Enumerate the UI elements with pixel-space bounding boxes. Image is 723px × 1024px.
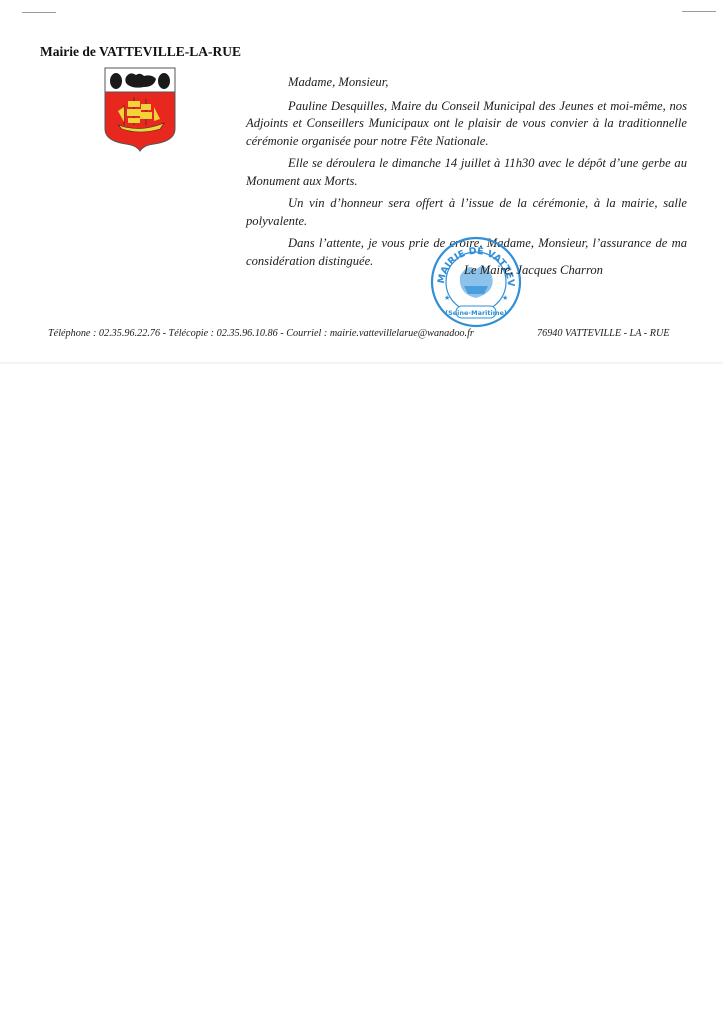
letter-paragraph: Pauline Desquilles, Maire du Conseil Mun… (246, 98, 687, 151)
page-edge-mark-left (22, 12, 56, 13)
stamp-inner-text: (Seine-Maritime) (445, 309, 507, 317)
coat-of-arms-icon (104, 67, 176, 152)
svg-text:★: ★ (502, 294, 508, 302)
page-fold-line (0, 362, 723, 364)
letter-greeting: Madame, Monsieur, (246, 74, 687, 92)
letter-paragraph: Un vin d’honneur sera offert à l’issue d… (246, 195, 687, 230)
page-edge-mark-right (682, 11, 716, 12)
letterhead-title: Mairie de VATTEVILLE-LA-RUE (40, 44, 241, 60)
letter-paragraph: Elle se déroulera le dimanche 14 juillet… (246, 155, 687, 190)
footer-address: 76940 VATTEVILLE - LA - RUE (537, 328, 670, 339)
svg-text:★: ★ (444, 294, 450, 302)
official-stamp-icon: MAIRIE DE VATTEVILLE-LA-RUE (Seine-Marit… (430, 236, 522, 328)
footer-contact-info: Téléphone : 02.35.96.22.76 - Télécopie :… (48, 328, 474, 339)
letter-signature: Le Maire, Jacques Charron (464, 263, 603, 278)
